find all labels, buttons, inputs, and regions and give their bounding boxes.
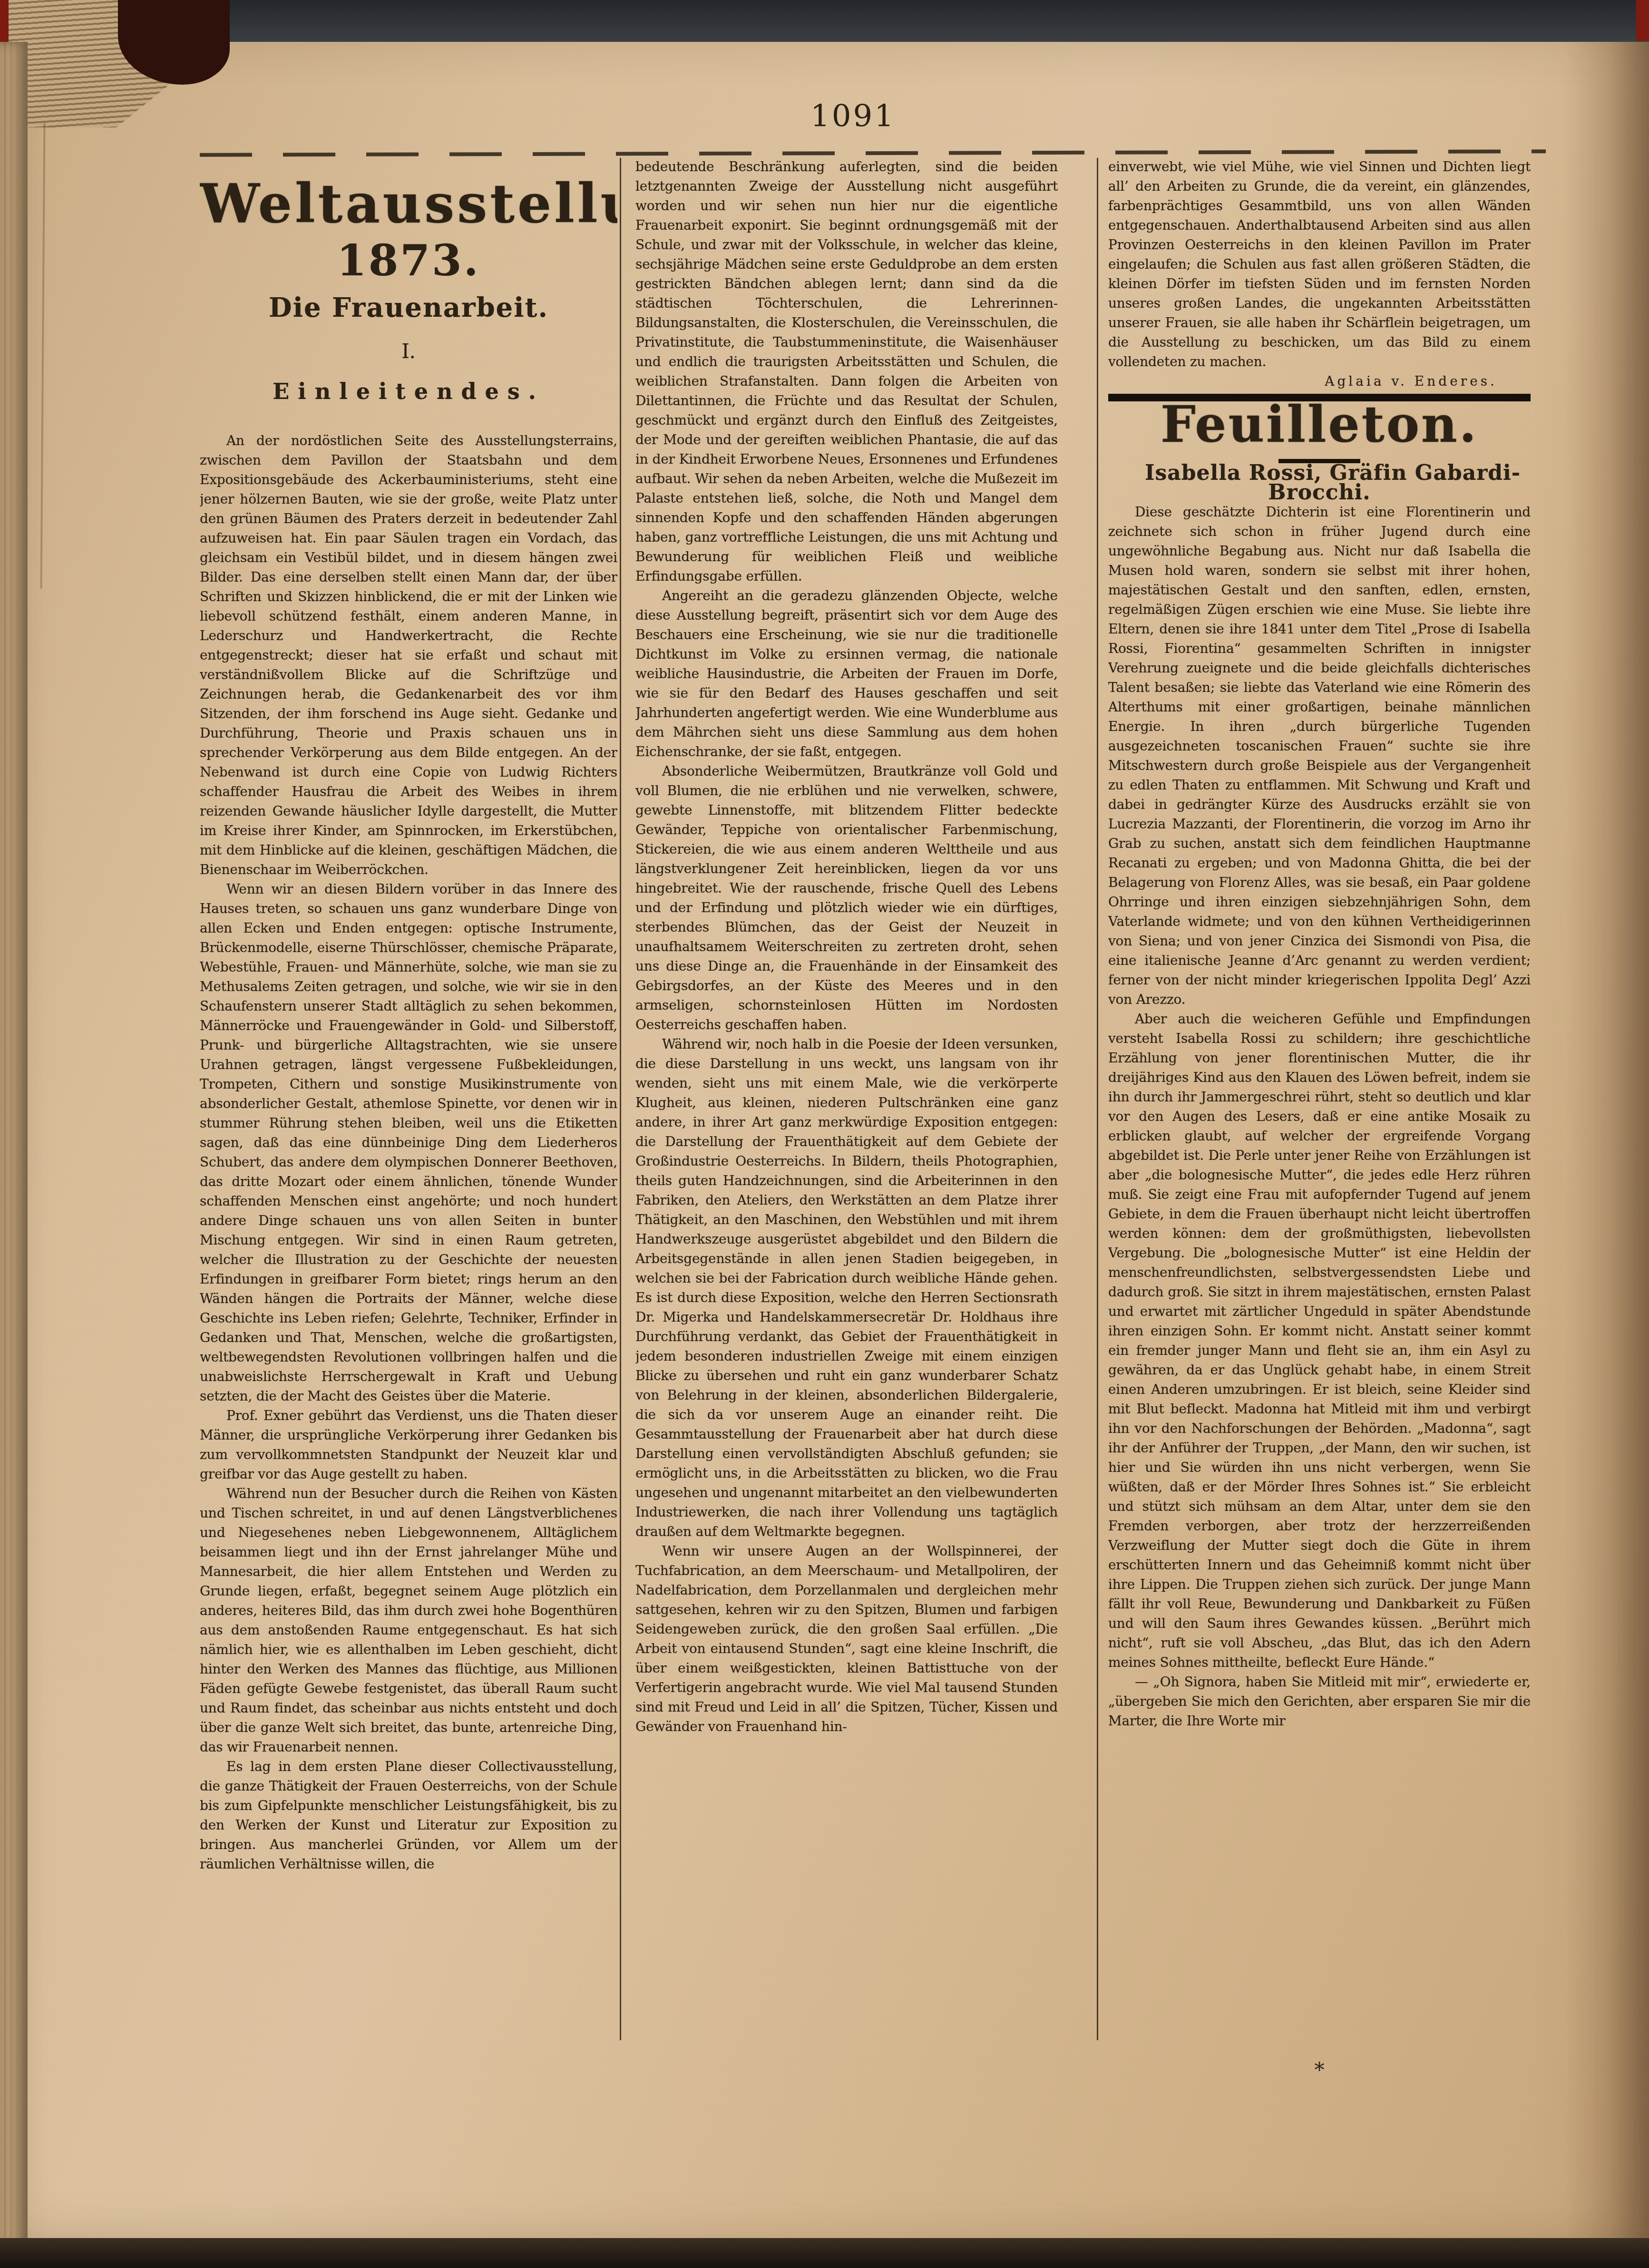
article-masthead: Weltausstellung 1873. Die Frauenarbeit. … — [200, 176, 617, 401]
scan-bottom-dark-band — [0, 2238, 1649, 2268]
author-signature: Aglaia v. Enderes. — [1108, 371, 1531, 391]
body-paragraph: Prof. Exner gebührt das Verdienst, uns d… — [200, 1406, 617, 1484]
binding-page-edges — [0, 42, 28, 2268]
feuilleton-article-title: Isabella Rossi, Gräfin Gabardi-Brocchi. — [1108, 463, 1531, 502]
body-paragraph: An der nordöstlichen Seite des Ausstellu… — [200, 431, 617, 879]
page-number: 1091 — [57, 99, 1649, 134]
body-paragraph: Es lag in dem ersten Plane dieser Collec… — [200, 1757, 617, 1874]
body-paragraph: Aber auch die weicheren Gefühle und Empf… — [1108, 1009, 1531, 1672]
body-paragraph: Diese geschätzte Dichterin ist eine Flor… — [1108, 502, 1531, 1009]
body-paragraph: Wenn wir an diesen Bildern vorüber in da… — [200, 879, 617, 1406]
scan-top-dark-band — [0, 0, 1649, 42]
masthead-subtitle: Die Frauenarbeit. — [200, 298, 617, 318]
book-cover-corner-left — [0, 0, 9, 49]
continuation-asterisk: * — [1108, 2058, 1531, 2082]
book-cover-corner-right — [1636, 0, 1649, 41]
column-rule-2 — [1097, 158, 1098, 2040]
scanned-newspaper-page: 1091 Weltausstellung 1873. Die Frauenarb… — [0, 0, 1649, 2268]
body-paragraph-continuation: einverwebt, wie viel Mühe, wie viel Sinn… — [1108, 157, 1531, 371]
body-paragraph: Wenn wir unsere Augen an der Wollspinner… — [635, 1541, 1058, 1736]
body-paragraph: — „Oh Signora, haben Sie Mitleid mit mir… — [1108, 1672, 1531, 1731]
body-paragraph: Während nun der Besucher durch die Reihe… — [200, 1484, 617, 1757]
masthead-title: Weltausstellung — [200, 176, 617, 232]
column-right: einverwebt, wie viel Mühe, wie viel Sinn… — [1108, 157, 1531, 2043]
body-paragraph: Während wir, noch halb in die Poesie der… — [635, 1034, 1058, 1541]
masthead-section-heading: Einleitendes. — [200, 382, 617, 401]
body-paragraph: Angereiht an die geradezu glänzenden Obj… — [635, 586, 1058, 761]
column-middle: bedeutende Beschränkung auferlegten, sin… — [635, 157, 1058, 2043]
masthead-part-numeral: I. — [200, 341, 617, 361]
column-left: Weltausstellung 1873. Die Frauenarbeit. … — [200, 157, 617, 2043]
column-rule-1 — [620, 158, 621, 2040]
feuilleton-heading: Feuilleton. — [1108, 415, 1531, 434]
body-paragraph-continuation: bedeutende Beschränkung auferlegten, sin… — [635, 157, 1058, 586]
masthead-year: 1873. — [200, 251, 617, 271]
body-paragraph: Absonderliche Weibermützen, Brautkränze … — [635, 761, 1058, 1034]
